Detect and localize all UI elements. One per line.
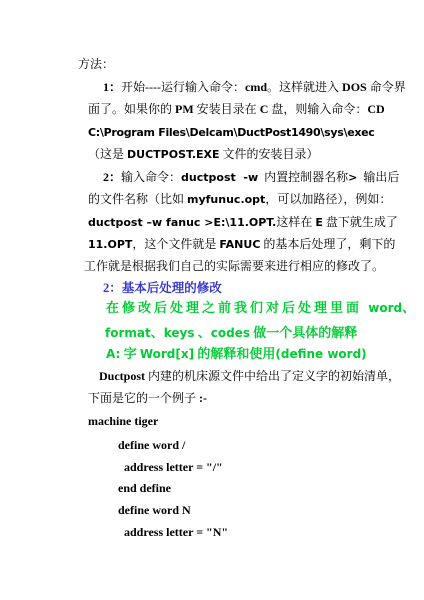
code-line: machine tiger — [88, 414, 158, 428]
file-name: 11.OPT — [88, 238, 132, 251]
text-segment: 做一个具体的解释 — [250, 325, 357, 340]
text-segment: ，这个文件就是 — [132, 237, 219, 251]
code-text: address letter = "/" — [124, 460, 223, 474]
section-heading-text: 2：基本后处理的修改 — [103, 281, 222, 295]
text-segment: 命令界 — [367, 80, 406, 94]
text-segment: E — [315, 216, 323, 229]
code-line: address letter = "N" — [124, 525, 228, 539]
text-segment: cmd — [245, 80, 267, 94]
text-segment: CD — [367, 102, 384, 116]
highlight-line: 在修改后处理之前我们对后处理里面 word、 — [106, 301, 415, 315]
code-line: define word N — [118, 503, 191, 517]
code-text: define word N — [118, 503, 191, 517]
document-page: 方法： 1：开始----运行输入命令：cmd。这样就进入 DOS 命令界 面了。… — [0, 0, 424, 600]
text-segment: 字 — [120, 346, 140, 361]
text-segment: 的基本后处理了，剩下的 — [260, 237, 395, 251]
text-segment: 这样在 — [276, 215, 315, 229]
keyword-text: codes — [211, 326, 250, 340]
paragraph-line: ductpost –w fanuc >E:\11.OPT.这样在 E 盘下就生成… — [88, 215, 398, 230]
install-path-line: C:\Program Files\Delcam\DuctPost1490\sys… — [88, 125, 375, 140]
text-segment: 1： — [103, 80, 121, 94]
paragraph-line: 11.OPT，这个文件就是 FANUC 的基本后处理了，剩下的 — [88, 237, 395, 252]
file-path: C:\Program Files\Delcam\DuctPost1490\sys… — [88, 126, 375, 139]
text-segment: (define word) — [275, 347, 366, 361]
text-segment: 盘，则输入命令： — [268, 102, 367, 116]
text-segment: 安装目录在 — [194, 102, 260, 116]
command-text: ductpost –w fanuc >E:\11.OPT. — [88, 216, 276, 229]
text-segment: Ductpost — [99, 369, 145, 383]
keyword-text: Word[x] — [140, 347, 194, 361]
text-segment: 文件的安装目录） — [220, 147, 319, 161]
code-text: define word / — [118, 438, 185, 452]
paragraph-line: 工作就是根据我们自己的实际需要来进行相应的修改了。 — [84, 259, 384, 273]
text-segment: 下面是它的一个例子 — [88, 391, 199, 405]
text-segment: 方法： — [78, 57, 114, 71]
text-segment: 的文件名称（比如 — [88, 192, 187, 206]
text-segment: 2： — [103, 170, 121, 184]
code-line: define word / — [118, 438, 185, 452]
paragraph-line: 2：输入命令：ductpost -w 内置控制器名称> 输出后 — [103, 170, 399, 185]
code-text: address letter = "N" — [124, 525, 228, 539]
code-text: end define — [118, 481, 171, 495]
paragraph-line: 下面是它的一个例子 :- — [88, 391, 207, 405]
paragraph-line: Ductpost 内建的机床源文件中给出了定义字的初始清单， — [99, 369, 400, 383]
text-segment: PM — [175, 102, 194, 116]
code-line: end define — [118, 481, 171, 495]
text-segment: 开始----运行输入命令： — [121, 80, 245, 94]
paragraph-line: 的文件名称（比如 myfunuc.opt，可以加路径），例如： — [88, 192, 391, 207]
section-heading: 2：基本后处理的修改 — [103, 281, 222, 295]
text-segment: 输入命令： — [121, 170, 181, 184]
text-segment: （这是 — [88, 147, 127, 161]
text-segment: :- — [199, 391, 207, 405]
code-line: address letter = "/" — [124, 460, 223, 474]
file-name: myfunuc.opt — [187, 193, 265, 206]
highlight-subheading: A: 字 Word[x] 的解释和使用(define word) — [106, 347, 367, 361]
text-segment: ，可以加路径），例如： — [265, 192, 391, 206]
text-segment: 盘下就生成了 — [323, 215, 398, 229]
paragraph-line: 面了。如果你的 PM 安装目录在 C 盘，则输入命令：CD — [88, 102, 385, 116]
text-segment: 内建的机床源文件中给出了定义字的初始清单， — [145, 369, 400, 383]
text-segment: > — [348, 171, 357, 184]
intro-label: 方法： — [78, 57, 114, 71]
text-segment: 输出后 — [357, 170, 399, 184]
text-segment: 。这样就进入 — [267, 80, 342, 94]
text-segment: 在修改后处理之前我们对后处理里面 — [106, 300, 368, 315]
text-segment: 、 — [402, 300, 415, 315]
text-segment: A: — [106, 347, 120, 361]
keyword-text: word — [368, 301, 402, 315]
text-segment: 、 — [151, 325, 164, 340]
text-segment: 面了。如果你的 — [88, 102, 175, 116]
command-text: ductpost -w — [181, 171, 258, 184]
text-segment: DOS — [342, 80, 367, 94]
paragraph-line: 1：开始----运行输入命令：cmd。这样就进入 DOS 命令界 — [103, 80, 406, 94]
text-segment: DUCTPOST.EXE — [127, 148, 220, 161]
keyword-text: format — [105, 326, 151, 340]
text-segment: 的解释和使用 — [194, 346, 275, 361]
text-segment: 、 — [195, 325, 211, 340]
text-segment: 内置控制器名称 — [258, 170, 348, 184]
text-segment: 工作就是根据我们自己的实际需要来进行相应的修改了。 — [84, 259, 384, 273]
text-segment: FANUC — [219, 238, 260, 251]
highlight-line: format、keys 、codes 做一个具体的解释 — [105, 326, 357, 340]
code-text: machine tiger — [88, 414, 158, 428]
keyword-text: keys — [164, 326, 195, 340]
paragraph-line: （这是 DUCTPOST.EXE 文件的安装目录） — [88, 147, 319, 162]
